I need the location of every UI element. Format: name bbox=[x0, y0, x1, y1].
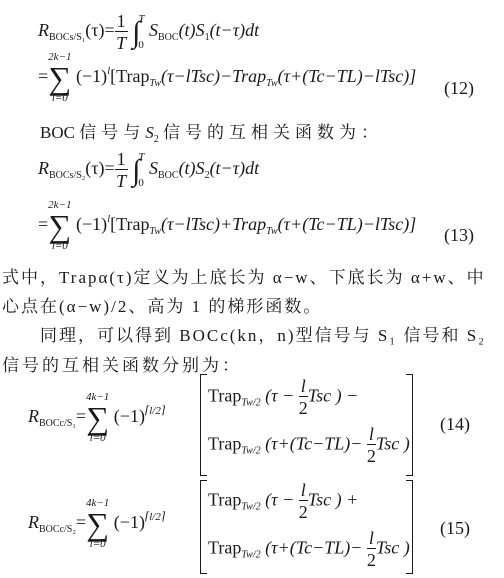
equation-13-definition: RBOCs/S₂(τ)=1T ∫T0 SBOC(t)S2(t−τ)dt bbox=[38, 144, 259, 196]
subscript: BOC bbox=[158, 170, 179, 181]
denominator: 2 bbox=[299, 501, 308, 523]
fraction: l2 bbox=[299, 376, 308, 419]
equation-12-sum: =2k−1∑l=0 (−1)l[TrapTw(τ−lTsc)−TrapTw(τ+… bbox=[38, 52, 416, 104]
lower-limit: l=0 bbox=[48, 93, 71, 104]
numerator: 1 bbox=[115, 11, 128, 32]
symbol: S bbox=[145, 123, 154, 142]
trap-term: Trap bbox=[208, 434, 241, 454]
upper-limit: T bbox=[138, 144, 144, 170]
term: (−1) bbox=[76, 214, 107, 234]
integrand: (t)S bbox=[179, 158, 205, 178]
fraction: 1T bbox=[115, 149, 128, 192]
summation: 4k−1∑l=0 bbox=[86, 392, 109, 444]
equation-15-row2: TrapTw/2 (τ+(Tc−TL)− l2Tsc ) bbox=[208, 528, 410, 571]
denominator: 2 bbox=[299, 397, 308, 419]
numerator: l bbox=[367, 424, 376, 445]
integrand: (t−τ)dt bbox=[210, 158, 260, 178]
lower-limit: 0 bbox=[138, 170, 144, 196]
equation-15: RBOCc/S₂=4k−1∑l=0 (−1)⌈l/2⌉ bbox=[28, 498, 165, 550]
subscript: Tw bbox=[266, 226, 278, 237]
trap-term: Trap bbox=[208, 386, 241, 406]
sigma-icon: ∑ bbox=[48, 211, 71, 241]
subscript: Tw/2 bbox=[241, 550, 260, 561]
symbol-r: R bbox=[28, 512, 39, 532]
subscript: Tw bbox=[266, 78, 278, 89]
argument: (τ)= bbox=[85, 158, 114, 178]
trap-term: Trap bbox=[208, 538, 241, 558]
paragraph-boc-s2: BOC 信号与S2 信号的互相关函数为： bbox=[40, 118, 383, 145]
equation-13-sum: =2k−1∑l=0 (−1)l[TrapTw(τ−lTsc)+TrapTw(τ+… bbox=[38, 200, 416, 252]
term: Tsc ) + bbox=[308, 490, 359, 510]
equals: = bbox=[38, 214, 48, 234]
term: Tsc ) − bbox=[308, 386, 359, 406]
subscript: BOCc/S₁ bbox=[39, 418, 76, 429]
equals: = bbox=[76, 406, 86, 426]
term: (τ+(Tc−TL)−lTsc)] bbox=[278, 66, 417, 86]
term: (τ − bbox=[265, 490, 299, 510]
text: 信号的互相关函数为： bbox=[163, 123, 383, 142]
term: (τ+(Tc−TL)−lTsc)] bbox=[278, 214, 417, 234]
integrand: S bbox=[149, 20, 158, 40]
fraction: 1T bbox=[115, 11, 128, 54]
numerator: l bbox=[299, 376, 308, 397]
lower-limit: l=0 bbox=[86, 433, 109, 444]
symbol-r: R bbox=[38, 158, 49, 178]
sigma-icon: ∑ bbox=[86, 403, 109, 433]
equation-number-15: (15) bbox=[440, 518, 470, 539]
summation: 2k−1∑l=0 bbox=[48, 52, 71, 104]
sigma-icon: ∑ bbox=[86, 509, 109, 539]
subscript: BOCs/S₁ bbox=[49, 32, 85, 43]
term: (τ+(Tc−TL)− bbox=[265, 434, 367, 454]
trap-term: Trap bbox=[208, 490, 241, 510]
subscript: Tw bbox=[150, 226, 162, 237]
fraction: l2 bbox=[299, 480, 308, 523]
numerator: l bbox=[299, 480, 308, 501]
equation-number-13: (13) bbox=[444, 225, 474, 246]
equation-14: RBOCc/S₁=4k−1∑l=0 (−1)⌈l/2⌉ bbox=[28, 392, 165, 444]
equation-14-row2: TrapTw/2 (τ+(Tc−TL)− l2Tsc ) bbox=[208, 424, 410, 467]
integrand: (t−τ)dt bbox=[210, 20, 260, 40]
equation-number-12: (12) bbox=[444, 78, 474, 99]
term: [Trap bbox=[110, 66, 149, 86]
upper-limit: T bbox=[138, 6, 144, 32]
paragraph-trap-definition-line2: 心点在(α−w)/2、高为 1 的梯形函数。 bbox=[2, 292, 322, 317]
subscript: Tw bbox=[150, 78, 162, 89]
left-bracket bbox=[200, 374, 207, 476]
term: (τ+(Tc−TL)− bbox=[265, 538, 367, 558]
denominator: 2 bbox=[367, 445, 376, 467]
equals: = bbox=[76, 512, 86, 532]
fraction: l2 bbox=[367, 424, 376, 467]
subscript: BOC bbox=[158, 32, 179, 43]
summation: 2k−1∑l=0 bbox=[48, 200, 71, 252]
symbol-r: R bbox=[28, 406, 39, 426]
paragraph-trap-definition-line1: 式中，Trapα(τ)定义为上底长为 α−w、下底长为 α+w、中 bbox=[2, 263, 486, 288]
lower-limit: l=0 bbox=[48, 241, 71, 252]
subscript: Tw/2 bbox=[241, 446, 260, 457]
equation-12-definition: RBOCs/S₁(τ)=1T ∫T0 SBOC(t)S1(t−τ)dt bbox=[38, 6, 259, 58]
term: [Trap bbox=[110, 214, 149, 234]
term: Tsc ) bbox=[376, 538, 410, 558]
lower-limit: l=0 bbox=[86, 539, 109, 550]
fraction: l2 bbox=[367, 528, 376, 571]
numerator: 1 bbox=[115, 149, 128, 170]
text: BOC bbox=[40, 123, 75, 142]
subscript: BOCc/S₂ bbox=[39, 524, 76, 535]
equation-number-14: (14) bbox=[440, 414, 470, 435]
left-bracket bbox=[200, 480, 207, 574]
subscript: Tw/2 bbox=[241, 398, 260, 409]
term: (τ−lTsc)−Trap bbox=[161, 66, 266, 86]
term: (τ − bbox=[265, 386, 299, 406]
integral-limits: T0 bbox=[138, 6, 144, 58]
symbol-r: R bbox=[38, 20, 49, 40]
term: (−1) bbox=[76, 66, 107, 86]
integrand: (t)S bbox=[179, 20, 205, 40]
sigma-icon: ∑ bbox=[48, 63, 71, 93]
denominator: 2 bbox=[367, 549, 376, 571]
text: 信号与 bbox=[79, 123, 145, 142]
denominator: T bbox=[115, 170, 128, 192]
integrand: S bbox=[149, 158, 158, 178]
term: (−1) bbox=[114, 512, 145, 532]
subscript: BOCs/S₂ bbox=[49, 170, 85, 181]
term: (τ−lTsc)+Trap bbox=[161, 214, 266, 234]
integral-limits: T0 bbox=[138, 144, 144, 196]
equals: = bbox=[38, 66, 48, 86]
term: (−1) bbox=[114, 406, 145, 426]
equation-14-row1: TrapTw/2 (τ − l2Tsc ) − bbox=[208, 376, 358, 419]
numerator: l bbox=[367, 528, 376, 549]
term: Tsc ) bbox=[376, 434, 410, 454]
argument: (τ)= bbox=[85, 20, 114, 40]
exponent: ⌈l/2⌉ bbox=[145, 511, 165, 523]
paragraph-similarly-line2: 信号的互相关函数分别为： bbox=[2, 351, 242, 376]
summation: 4k−1∑l=0 bbox=[86, 498, 109, 550]
subscript: Tw/2 bbox=[241, 502, 260, 513]
paragraph-similarly-line1: 同理，可以得到 BOCc(kn，n)型信号与 S₁ 信号和 S₂ bbox=[40, 321, 486, 346]
exponent: ⌈l/2⌉ bbox=[145, 405, 165, 417]
denominator: T bbox=[115, 32, 128, 54]
equation-15-row1: TrapTw/2 (τ − l2Tsc ) + bbox=[208, 480, 358, 523]
